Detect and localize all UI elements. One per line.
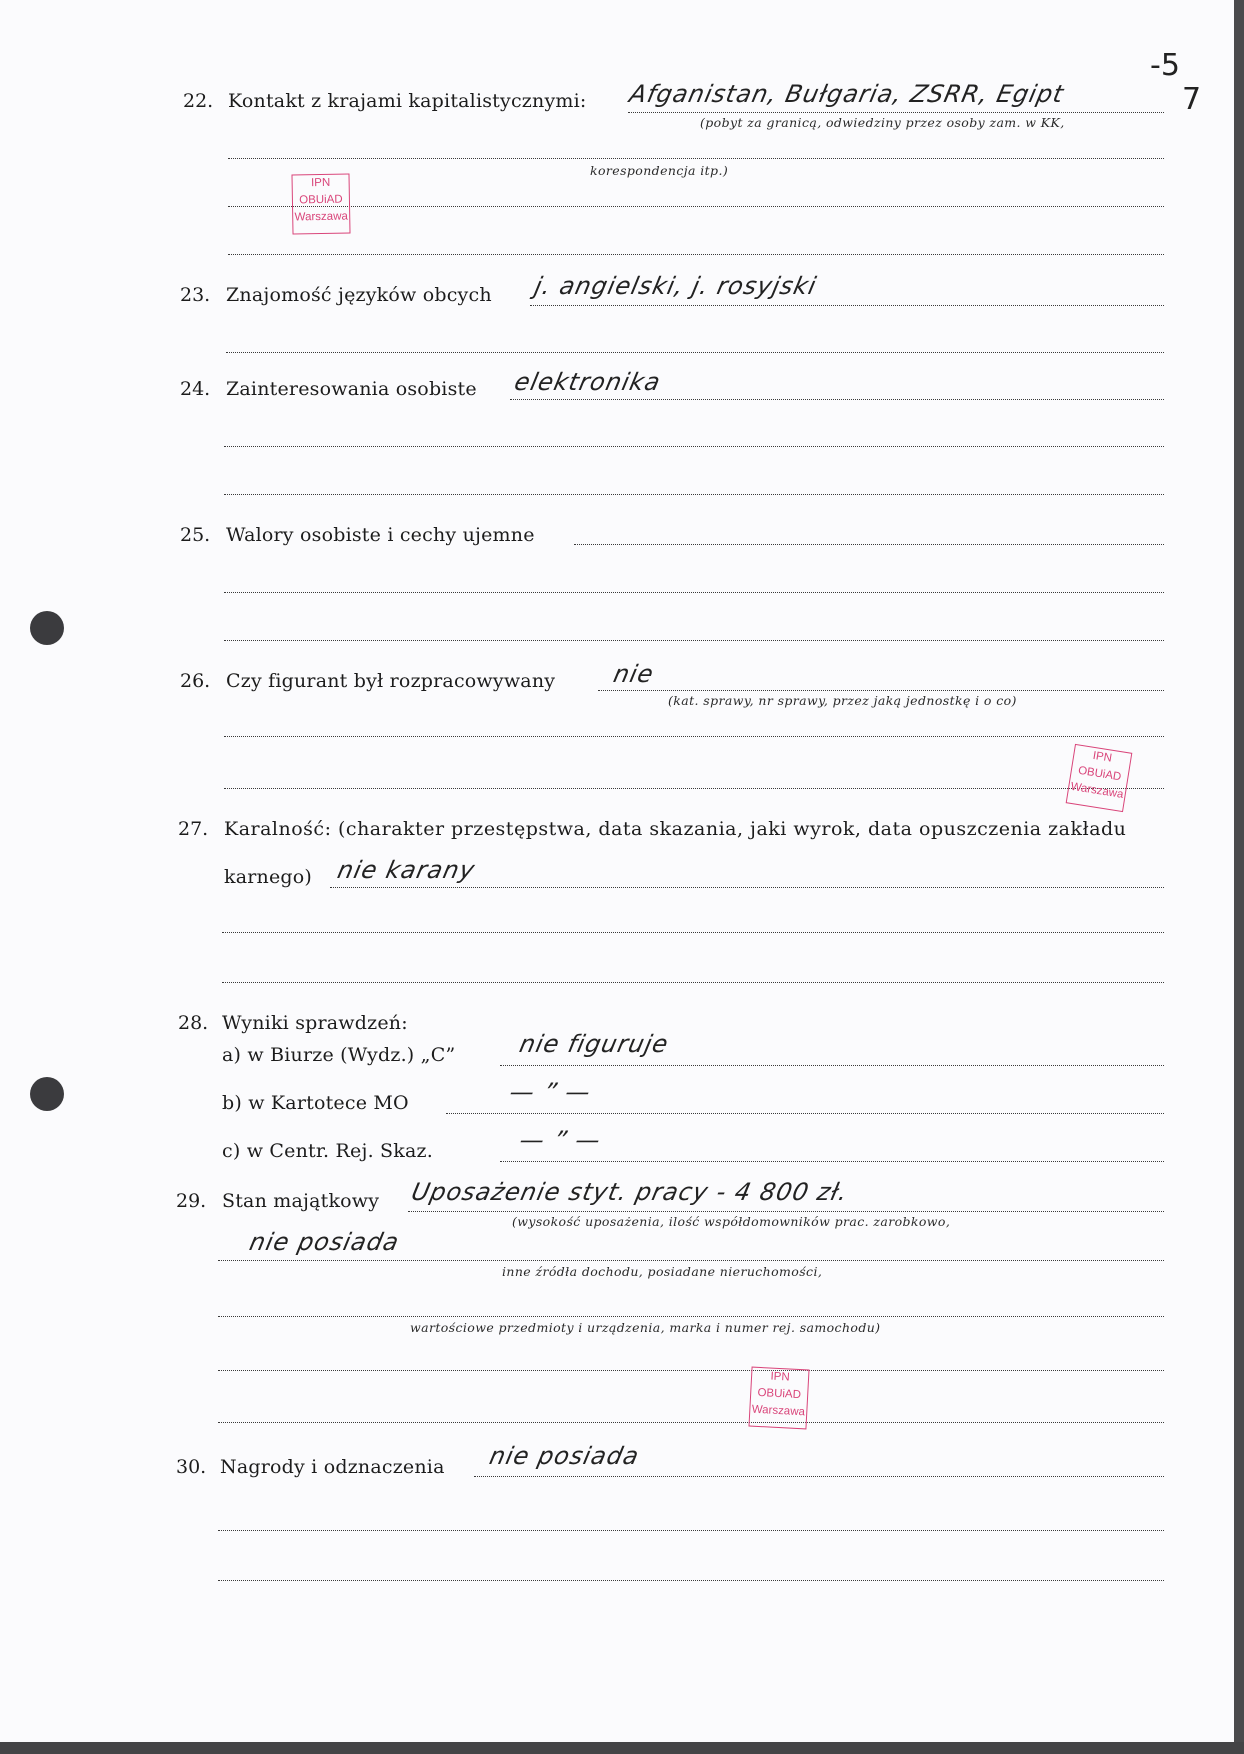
item-28a-answer: nie figuruje: [517, 1030, 671, 1058]
page-mark-top: -5: [1150, 48, 1180, 83]
item-29-hint-2: inne źródła dochodu, posiadane nieruchom…: [502, 1264, 822, 1279]
item-24-line-3: [224, 494, 1164, 495]
item-28c-label: c) w Centr. Rej. Skaz.: [222, 1140, 433, 1162]
item-27-number: 27.: [178, 818, 208, 840]
punch-hole-bottom: [30, 1077, 64, 1111]
item-30-label: Nagrody i odznaczenia: [220, 1456, 445, 1478]
item-30-line-3: [218, 1580, 1164, 1581]
item-22-line-4: [228, 254, 1164, 255]
item-28b-label: b) w Kartotece MO: [222, 1092, 409, 1114]
archive-stamp: IPNOBUiADWarszawa: [291, 173, 350, 234]
item-28-label: Wyniki sprawdzeń:: [222, 1012, 408, 1034]
item-29-line-3: [218, 1316, 1164, 1317]
item-30-number: 30.: [176, 1456, 206, 1478]
item-23-label: Znajomość języków obcych: [226, 284, 492, 306]
item-22-hint: (pobyt za granicą, odwiedziny przez osob…: [700, 115, 1065, 130]
item-25-label: Walory osobiste i cechy ujemne: [226, 524, 535, 546]
item-25-line-3: [224, 640, 1164, 641]
item-22-hint-2: korespondencja itp.): [590, 163, 728, 178]
item-29-hint-1: (wysokość uposażenia, ilość współdomowni…: [512, 1214, 950, 1229]
item-28c-answer: — ” —: [517, 1126, 604, 1154]
item-23-line-2: [226, 352, 1164, 353]
item-27-line: [330, 887, 1164, 888]
item-27-answer: nie karany: [335, 856, 478, 884]
item-29-hint-3: wartościowe przedmioty i urządzenia, mar…: [410, 1320, 880, 1335]
item-26-hint: (kat. sprawy, nr sprawy, przez jaką jedn…: [668, 693, 1017, 708]
item-23-answer: j. angielski, j. rosyjski: [532, 272, 819, 300]
item-27-line-3: [222, 982, 1164, 983]
item-26-line-2: [224, 736, 1164, 737]
item-29-line: [408, 1211, 1164, 1212]
item-24-answer: elektronika: [512, 368, 663, 396]
item-23-line: [530, 305, 1164, 306]
item-24-number: 24.: [180, 378, 210, 400]
item-22-line: [628, 112, 1164, 113]
item-26-line: [598, 690, 1164, 691]
item-29-label: Stan majątkowy: [222, 1190, 379, 1212]
item-29-answer-2: nie posiada: [247, 1228, 402, 1256]
item-23-number: 23.: [180, 284, 210, 306]
item-30-answer: nie posiada: [487, 1442, 642, 1470]
item-24-line-2: [224, 446, 1164, 447]
item-28a-line: [500, 1065, 1164, 1066]
item-22-number: 22.: [183, 90, 213, 112]
scan-edge-right: [1234, 0, 1244, 1754]
item-28-number: 28.: [178, 1012, 208, 1034]
punch-hole-top: [30, 611, 64, 645]
item-22-label: Kontakt z krajami kapitalistycznymi:: [228, 90, 586, 112]
item-29-number: 29.: [176, 1190, 206, 1212]
item-24-label: Zainteresowania osobiste: [226, 378, 477, 400]
item-22-line-3: [228, 206, 1164, 207]
item-26-label: Czy figurant był rozpracowywany: [226, 670, 555, 692]
item-25-line-2: [224, 592, 1164, 593]
item-26-number: 26.: [180, 670, 210, 692]
item-26-answer: nie: [611, 660, 657, 688]
archive-stamp: IPNOBUiADWarszawa: [748, 1367, 809, 1430]
document-page: -5 7 22. Kontakt z krajami kapitalistycz…: [0, 0, 1234, 1742]
item-30-line: [474, 1476, 1164, 1477]
item-28a-label: a) w Biurze (Wydz.) „C”: [222, 1044, 455, 1066]
item-25-number: 25.: [180, 524, 210, 546]
archive-stamp: IPNOBUiADWarszawa: [1066, 744, 1133, 812]
item-27-line-2: [222, 932, 1164, 933]
item-28b-answer: — ” —: [507, 1078, 594, 1106]
item-29-line-4: [218, 1370, 1164, 1371]
item-29-line-2: [218, 1260, 1164, 1261]
item-24-line: [510, 399, 1164, 400]
item-30-line-2: [218, 1530, 1164, 1531]
item-25-line: [574, 544, 1164, 545]
item-29-line-5: [218, 1422, 1164, 1423]
item-29-answer: Uposażenie styt. pracy - 4 800 zł.: [409, 1178, 851, 1206]
item-26-line-3: [224, 788, 1164, 789]
page-mark-number: 7: [1182, 82, 1201, 117]
item-22-line-2: [228, 158, 1164, 159]
item-22-answer: Afganistan, Bułgaria, ZSRR, Egipt: [627, 80, 1067, 108]
scan-edge-bottom: [0, 1742, 1244, 1754]
item-27-label: Karalność: (charakter przestępstwa, data…: [224, 818, 1126, 840]
item-28c-line: [500, 1161, 1164, 1162]
item-27-label-2: karnego): [224, 866, 312, 888]
item-28b-line: [446, 1113, 1164, 1114]
